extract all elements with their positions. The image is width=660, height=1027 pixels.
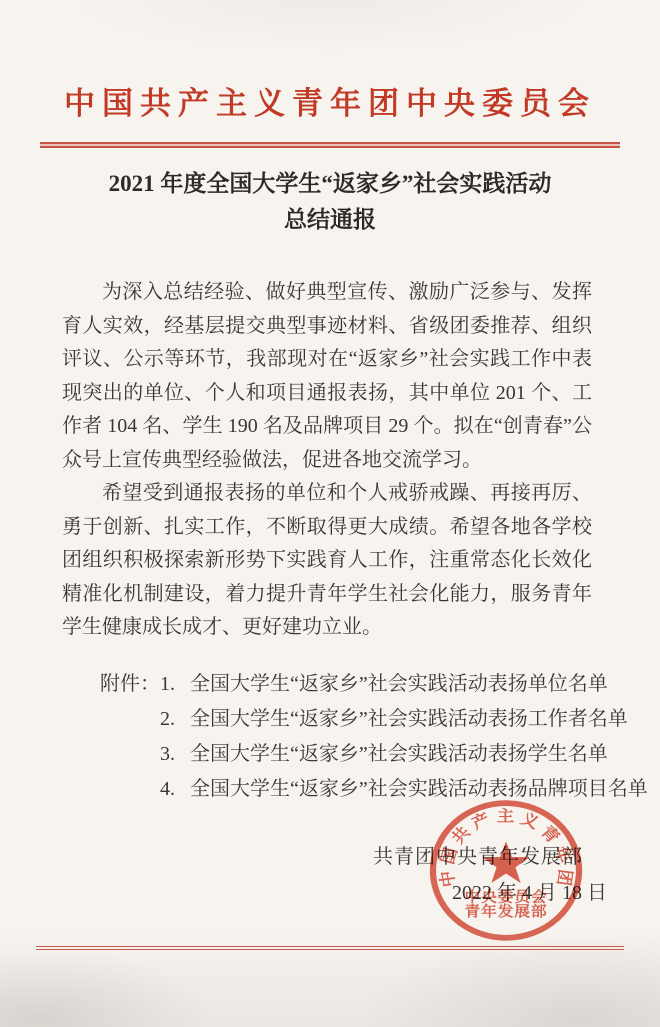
attachment-item-number: 4. [160, 772, 190, 807]
attachment-item-number: 2. [160, 702, 190, 737]
document-title-line2: 总结通报 [30, 202, 630, 238]
document-body: 为深入总结经验、做好典型宣传、激励广泛参与、发挥育人实效，经基层提交典型事迹材料… [62, 276, 592, 645]
attachment-item-text: 全国大学生“返家乡”社会实践活动表扬学生名单 [190, 737, 608, 772]
attachment-item-text: 全国大学生“返家乡”社会实践活动表扬工作者名单 [190, 702, 628, 737]
signature-department: 共青团中央青年发展部 [0, 845, 660, 869]
attachment-item-number: 1. [160, 667, 190, 702]
signature-date: 2022 年 4 月 18 日 [0, 881, 660, 905]
attachment-list: 附件： 1. 全国大学生“返家乡”社会实践活动表扬单位名单 2. 全国大学生“返… [100, 667, 600, 807]
body-paragraph-2: 希望受到通报表扬的单位和个人戒骄戒躁、再接再厉、勇于创新、扎实工作，不断取得更大… [62, 477, 592, 645]
header-rule [40, 142, 620, 148]
signature-block: 共青团中央青年发展部 2022 年 4 月 18 日 [0, 845, 660, 905]
footer-rule [36, 946, 624, 950]
document-title: 2021 年度全国大学生“返家乡”社会实践活动 总结通报 [30, 166, 630, 238]
document-title-line1: 2021 年度全国大学生“返家乡”社会实践活动 [30, 166, 630, 202]
seal-center-line2: 青年发展部 [465, 903, 548, 920]
attachment-items: 1. 全国大学生“返家乡”社会实践活动表扬单位名单 2. 全国大学生“返家乡”社… [160, 667, 648, 807]
attachments-label: 附件： [100, 667, 160, 807]
org-header: 中国共产主义青年团中央委员会 [0, 78, 660, 123]
attachment-item-number: 3. [160, 737, 190, 772]
attachment-item-3: 3. 全国大学生“返家乡”社会实践活动表扬学生名单 [160, 737, 648, 772]
document-page: 中国共产主义青年团中央委员会 2021 年度全国大学生“返家乡”社会实践活动 总… [0, 0, 660, 1027]
attachment-item-2: 2. 全国大学生“返家乡”社会实践活动表扬工作者名单 [160, 702, 648, 737]
attachment-item-text: 全国大学生“返家乡”社会实践活动表扬品牌项目名单 [190, 772, 648, 807]
attachment-item-1: 1. 全国大学生“返家乡”社会实践活动表扬单位名单 [160, 667, 648, 702]
attachment-item-text: 全国大学生“返家乡”社会实践活动表扬单位名单 [190, 667, 608, 702]
body-paragraph-1: 为深入总结经验、做好典型宣传、激励广泛参与、发挥育人实效，经基层提交典型事迹材料… [62, 276, 592, 477]
attachment-item-4: 4. 全国大学生“返家乡”社会实践活动表扬品牌项目名单 [160, 772, 648, 807]
